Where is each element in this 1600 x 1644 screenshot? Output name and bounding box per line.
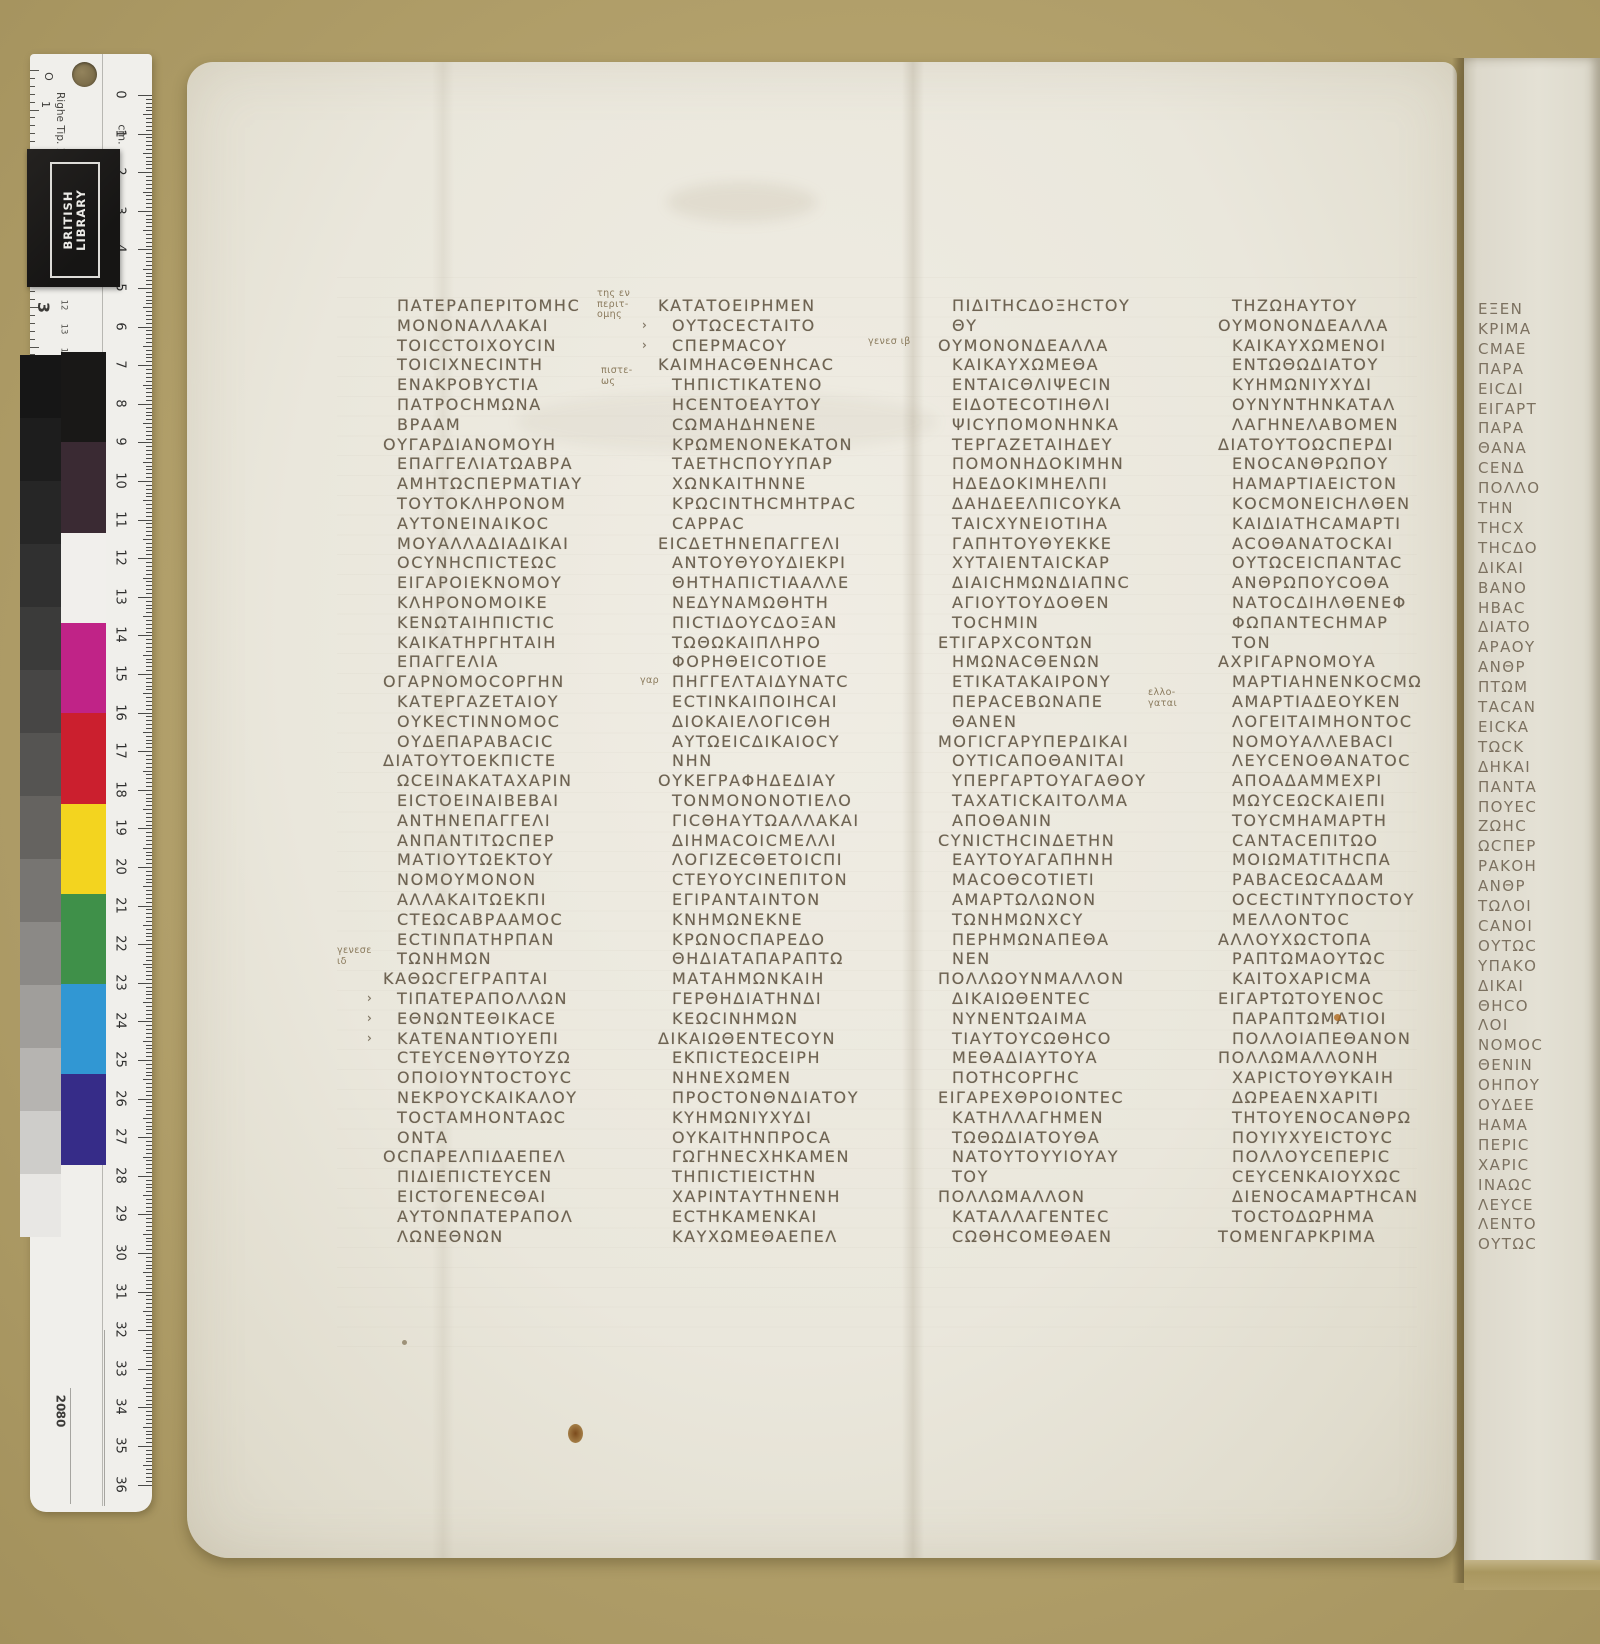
- facing-leaf-line: ΤΗϹΔΟ: [1478, 539, 1538, 559]
- text-line: ΑΝΠΑΝΤΙΤΩϹΠΕΡ: [383, 831, 555, 851]
- text-line: ΚΑΤΑΛΛΑΓΕΝΤΕϹ: [938, 1207, 1110, 1227]
- ruler-tick: [146, 624, 152, 625]
- ruler-tick: [146, 1033, 152, 1034]
- ruler-cm-number: 18: [113, 776, 128, 802]
- facing-leaf-line: ΠΑΡΑ: [1478, 419, 1524, 439]
- ruler-tick: [146, 257, 152, 258]
- ruler-tick: [146, 786, 152, 787]
- ruler-tick: [143, 1350, 152, 1351]
- ruler-tick: [146, 508, 152, 509]
- ruler-tick: [146, 292, 152, 293]
- ruler-tick: [146, 469, 152, 470]
- ruler-tick: [146, 1102, 152, 1103]
- ruler-tick: [146, 1276, 152, 1277]
- grayscale-patch: [20, 1048, 61, 1111]
- ruler-tick: [143, 1311, 152, 1312]
- ruler-tick: [146, 1122, 152, 1123]
- facing-leaf-line: ϹΑΝΟΙ: [1478, 917, 1533, 937]
- facing-leaf-line: ΖΩΗϹ: [1478, 817, 1527, 837]
- text-line: ΠΙΔΙΕΠΙϹΤΕΥϹΕΝ: [383, 1167, 553, 1187]
- ruler-tick: [146, 1211, 152, 1212]
- ruler-tick: [138, 751, 152, 752]
- text-line: ΟΝΤΑ: [383, 1128, 449, 1148]
- text-line: ΑΧΡΙΓΑΡΝΟΜΟΥΑ: [1218, 652, 1376, 672]
- text-line: ΔΙΚΑΙΩΘΕΝΤΕϹ: [938, 989, 1091, 1009]
- text-line: ΜΑΤΙΟΥΤΩΕΚΤΟΥ: [383, 850, 554, 870]
- text-line: ΚΑΥΧΩΜΕΘΑΕΠΕΛ: [658, 1227, 838, 1247]
- text-line: ΑΥΤΟΝΕΙΝΑΙΚΟϹ: [383, 514, 550, 534]
- grayscale-patch: [20, 355, 61, 418]
- ruler-mid-big-number: 3: [34, 302, 53, 313]
- text-line: ΑΝΤΗΝΕΠΑΓΓΕΛΙ: [383, 811, 551, 831]
- ruler-tick: [146, 531, 152, 532]
- tab-border-box: BRITISH LIBRARY: [50, 162, 100, 278]
- text-line: ΔΙΑΤΟΥΤΟΕΚΠΙϹΤΕ: [383, 751, 557, 771]
- ruler-tick: [146, 1052, 152, 1053]
- text-line: ΔΙΑΙϹΗΜΩΝΔΙΑΠΝϹ: [938, 573, 1130, 593]
- ruler-tick: [146, 1361, 152, 1362]
- text-line: ΤΗΠΙϹΤΙΕΙϹΤΗΝ: [658, 1167, 817, 1187]
- ruler-tick: [138, 1099, 152, 1100]
- ruler-tick: [146, 1029, 152, 1030]
- text-line: ΚΡΩϹΙΝΤΗϹΜΗΤΡΑϹ: [658, 494, 857, 514]
- text-line: ΟΓΑΡΝΟΜΟϹΟΡΓΗΝ: [383, 672, 565, 692]
- grayscale-patch: [20, 1111, 61, 1174]
- ruler-tick: [146, 184, 152, 185]
- ruler-tick: [146, 199, 152, 200]
- text-line: ΔΑΗΔΕΕΛΠΙϹΟΥΚΑ: [938, 494, 1122, 514]
- ruler-tick: [146, 1373, 152, 1374]
- text-line: ϹΩΜΑΗΔΗΝΕΝΕ: [658, 415, 817, 435]
- ruler-tick: [146, 1095, 152, 1096]
- ruler-tick: [146, 697, 152, 698]
- grayscale-patch: [20, 1174, 61, 1237]
- ruler-tick: [146, 350, 152, 351]
- ruler-tick: [143, 230, 152, 231]
- text-line: ΕϹΤΙΝΠΑΤΗΡΠΑΝ: [383, 930, 555, 950]
- ruler-tick: [146, 99, 152, 100]
- ruler-tick: [146, 1454, 152, 1455]
- ruler-tick: [146, 1450, 152, 1451]
- text-line: ΥΠΕΡΓΑΡΤΟΥΑΓΑΘΟΥ: [938, 771, 1147, 791]
- ruler-tick: [146, 554, 152, 555]
- ruler-tick: [146, 844, 152, 845]
- ruler-bottom-number: 80: [53, 1411, 67, 1428]
- text-line: ΧΑΡΙϹΤΟΥΘΥΚΑΙΗ: [1218, 1068, 1395, 1088]
- ruler-tick: [146, 639, 152, 640]
- ruler-tick: [146, 879, 152, 880]
- ruler-tick: [146, 782, 152, 783]
- ruler-tick: [138, 520, 152, 521]
- ruler-tick: [143, 578, 152, 579]
- ruler-tick: [143, 848, 152, 849]
- ruler-tick: [146, 1419, 152, 1420]
- text-line: ΟΥΜΟΝΟΝΔΕΑΛΛΑ: [1218, 316, 1389, 336]
- ruler-cm-number: 9: [113, 429, 128, 455]
- ruler-bottom-number: 20: [53, 1395, 67, 1412]
- text-line: ΠΟΛΛΟΙΑΠΕΘΑΝΟΝ: [1218, 1029, 1411, 1049]
- ruler-tick: [138, 1485, 152, 1486]
- ruler-left-number: 1: [39, 101, 52, 108]
- text-line: ΤΕΡΓΑΖΕΤΑΙΗΔΕΥ: [938, 435, 1113, 455]
- text-line: ΜΕΘΑΔΙΑΥΤΟΥΑ: [938, 1048, 1098, 1068]
- text-line: ΠΕΡΑϹΕΒΩΝΑΠΕ: [938, 692, 1103, 712]
- ruler-tick: [146, 948, 152, 949]
- text-line: ΟΥΚΕϹΤΙΝΝΟΜΟϹ: [383, 712, 561, 732]
- ruler-tick: [146, 504, 152, 505]
- text-line: ΕΝΑΚΡΟΒΥϹΤΙΑ: [383, 375, 539, 395]
- ruler-tick: [146, 902, 152, 903]
- text-line: ΕϹΤΙΝΚΑΙΠΟΙΗϹΑΙ: [658, 692, 838, 712]
- ruler-tick: [146, 276, 152, 277]
- text-line: ΝΕΔΥΝΑΜΩΘΗΤΗ: [658, 593, 829, 613]
- ruler-tick: [146, 917, 152, 918]
- text-line: ΤΟΜΕΝΓΑΡΚΡΙΜΑ: [1218, 1227, 1376, 1247]
- ruler-tick: [146, 1226, 152, 1227]
- text-line: ΕΙΓΑΡΤΩΤΟΥΕΝΟϹ: [1218, 989, 1385, 1009]
- text-line: ΚΥΗΜΩΝΙΥΧΥΔΙ: [658, 1108, 812, 1128]
- ruler-cm-number: 17: [113, 738, 128, 764]
- text-line: ΝΗΝΕΧΩΜΕΝ: [658, 1068, 792, 1088]
- text-line: ΕϹΤΗΚΑΜΕΝΚΑΙ: [658, 1207, 818, 1227]
- ruler-cm-number: 34: [113, 1394, 128, 1420]
- ruler-tick: [138, 327, 152, 328]
- text-line: ΕΙΓΑΡΕΧΘΡΟΙΟΝΤΕϹ: [938, 1088, 1124, 1108]
- diple-mark: ›: [367, 989, 373, 1009]
- ruler-tick: [146, 1172, 152, 1173]
- grayscale-patch: [20, 670, 61, 733]
- ruler-tick: [146, 1423, 152, 1424]
- ruler-tick: [143, 1079, 152, 1080]
- ruler-tick: [143, 655, 152, 656]
- ruler-tick: [146, 1477, 152, 1478]
- ruler-tick: [143, 732, 152, 733]
- ruler-tick: [146, 1322, 152, 1323]
- text-line: ΤΟΝΜΟΝΟΝΟΤΙΕΛΟ: [658, 791, 852, 811]
- text-line: ϹΥΝΙϹΤΗϹΙΝΔΕΤΗΝ: [938, 831, 1115, 851]
- ruler-tick: [146, 894, 152, 895]
- ruler-tick: [146, 1415, 152, 1416]
- ruler-tick: [138, 635, 152, 636]
- ruler-tick: [138, 1060, 152, 1061]
- text-line: ΠΑΡΑΠΤΩΜΑΤΙΟΙ: [1218, 1009, 1387, 1029]
- ruler-tick: [146, 1110, 152, 1111]
- ruler-tick: [146, 323, 152, 324]
- ruler-tick: [146, 110, 152, 111]
- ruler-tick: [146, 319, 152, 320]
- facing-leaf-line: ΡΑΚΟΗ: [1478, 857, 1537, 877]
- text-line: ΟΥΤΙϹΑΠΟΘΑΝΙΤΑΙ: [938, 751, 1125, 771]
- ruler-tick: [143, 1157, 152, 1158]
- ruler-tick: [138, 790, 152, 791]
- ruler-unit-label: cm.: [116, 124, 129, 144]
- ruler-tick: [146, 940, 152, 941]
- ruler-left-scale-label: Righe Tip. 1: [54, 92, 66, 154]
- ruler-tick: [146, 176, 152, 177]
- facing-leaf-line: ΘΑΝΑ: [1478, 439, 1527, 459]
- text-line: ΜΟΓΙϹΓΑΡΥΠΕΡΔΙΚΑΙ: [938, 732, 1129, 752]
- text-line: ΜΟΙΩΜΑΤΙΤΗϹΠΑ: [1218, 850, 1391, 870]
- ruler-tick: [146, 936, 152, 937]
- color-patch: [61, 623, 106, 714]
- ruler-tick: [143, 1388, 152, 1389]
- ruler-tick: [143, 1118, 152, 1119]
- diple-mark: ›: [367, 1009, 373, 1029]
- ruler-tick: [146, 612, 152, 613]
- text-line: ΕΝΤΑΙϹΘΛΙΨΕϹΙΝ: [938, 375, 1112, 395]
- ruler-tick: [146, 1048, 152, 1049]
- ruler-tick: [146, 836, 152, 837]
- text-line: ΗΜΩΝΑϹΘΕΝΩΝ: [938, 652, 1101, 672]
- ruler-tick: [146, 1149, 152, 1150]
- text-line: ΔΙΗΜΑϹΟΙϹΜΕΛΛΙ: [658, 831, 837, 851]
- ruler-tick: [146, 975, 152, 976]
- ruler-tick: [146, 527, 152, 528]
- text-line: ΠΟΜΟΝΗΔΟΚΙΜΗΝ: [938, 454, 1124, 474]
- text-line: ΛΟΓΕΙΤΑΙΜΗΟΝΤΟϹ: [1218, 712, 1413, 732]
- ruler-cm-number: 0: [113, 82, 128, 108]
- text-line: ΚΛΗΡΟΝΟΜΟΙΚΕ: [383, 593, 548, 613]
- ruler-tick: [146, 1064, 152, 1065]
- ruler-tick: [146, 859, 152, 860]
- text-line: ΕΓΙΡΑΝΤΑΙΝΤΟΝ: [658, 890, 821, 910]
- ruler-tick: [146, 855, 152, 856]
- ruler-left-tick: [30, 331, 35, 332]
- text-line: ΦΩΠΑΝΤΕϹΗΜΑΡ: [1218, 613, 1388, 633]
- ruler-cm-number: 7: [113, 352, 128, 378]
- text-line: ϹΤΕΩϹΑΒΡΑΑΜΟϹ: [383, 910, 563, 930]
- text-line: ΨΙϹΥΠΟΜΟΝΗΝΚΑ: [938, 415, 1120, 435]
- text-line: ΠΕΡΗΜΩΝΑΠΕΘΑ: [938, 930, 1110, 950]
- text-line: ΤΩΘΩΔΙΑΤΟΥΘΑ: [938, 1128, 1100, 1148]
- ruler-tick: [146, 805, 152, 806]
- ruler-cm-number: 33: [113, 1355, 128, 1381]
- ruler-tick: [146, 512, 152, 513]
- facing-leaf-line: ΑΝΘΡ: [1478, 658, 1526, 678]
- ruler-tick: [146, 1106, 152, 1107]
- facing-leaf-line: ΛΟΙ: [1478, 1016, 1509, 1036]
- ruler-tick: [146, 1268, 152, 1269]
- ruler-tick: [146, 1241, 152, 1242]
- ruler-cm-number: 36: [113, 1471, 128, 1497]
- text-line: ΚΑΙΜΗΑϹΘΕΝΗϹΑϹ: [658, 355, 835, 375]
- ruler-tick: [143, 114, 152, 115]
- ruler-tick: [138, 1021, 152, 1022]
- text-line: ΜΑΤΑΗΜΩΝΚΑΙΗ: [658, 969, 825, 989]
- ruler-tick: [146, 103, 152, 104]
- ruler-tick: [146, 863, 152, 864]
- ruler-tick: [138, 906, 152, 907]
- ruler-tick: [146, 1377, 152, 1378]
- text-line: ΑΜΑΡΤΙΑΔΕΟΥΚΕΝ: [1218, 692, 1401, 712]
- text-line: ΚΑΤΗΛΛΑΓΗΜΕΝ: [938, 1108, 1104, 1128]
- ruler-tick: [146, 921, 152, 922]
- ruler-tick: [146, 774, 152, 775]
- ruler-tick: [146, 979, 152, 980]
- ruler-tick: [143, 1427, 152, 1428]
- ruler-tick: [146, 909, 152, 910]
- ruler-tick: [146, 670, 152, 671]
- ruler-tick: [146, 1481, 152, 1482]
- ruler-tick: [146, 149, 152, 150]
- ruler-tick: [146, 122, 152, 123]
- ruler-cm-number: 22: [113, 931, 128, 957]
- text-line: ΠΟΛΛΩΜΑΛΛΟΝΗ: [1218, 1048, 1379, 1068]
- text-line: ΓΕΡΘΗΔΙΑΤΗΝΔΙ: [658, 989, 822, 1009]
- facing-leaf-line: ΤΩΛΟΙ: [1478, 897, 1532, 917]
- ruler-tick: [146, 303, 152, 304]
- ruler-tick: [146, 1334, 152, 1335]
- ruler-left-tick: [30, 102, 35, 103]
- ruler-tick: [146, 1357, 152, 1358]
- ruler-tick: [146, 207, 152, 208]
- ruler-left-tick: [30, 133, 35, 134]
- ruler-tick: [146, 1284, 152, 1285]
- facing-leaf-line: ΙΝΑΩϹ: [1478, 1176, 1533, 1196]
- text-line: ΑΠΟΑΔΑΜΜΕΧΡΙ: [1218, 771, 1383, 791]
- ruler-tick: [146, 720, 152, 721]
- ruler-tick: [146, 342, 152, 343]
- ruler-tick: [138, 172, 152, 173]
- ruler-tick: [146, 137, 152, 138]
- ruler-tick: [146, 381, 152, 382]
- ruler-tick: [146, 1218, 152, 1219]
- ruler-tick: [146, 1396, 152, 1397]
- ruler-left-tick: [30, 299, 35, 300]
- ruler-tick: [146, 763, 152, 764]
- text-line: ΜΕΛΛΟΝΤΟϹ: [1218, 910, 1350, 930]
- ruler-tick: [146, 473, 152, 474]
- ruler-tick: [146, 412, 152, 413]
- color-patch: [61, 894, 106, 985]
- ruler-tick: [146, 1288, 152, 1289]
- ruler-tick: [146, 1068, 152, 1069]
- ruler-tick: [146, 1045, 152, 1046]
- text-line: ΑΜΑΡΤΩΛΩΝΟΝ: [938, 890, 1097, 910]
- ruler-tick: [146, 1280, 152, 1281]
- text-line: ΑΝΘΡΩΠΟΥϹΟΘΑ: [1218, 573, 1390, 593]
- ruler-tick: [146, 913, 152, 914]
- text-line: ΑΛΛΑΚΑΙΤΩΕΚΠΙ: [383, 890, 547, 910]
- ruler-tick: [146, 701, 152, 702]
- ruler-tick: [146, 1230, 152, 1231]
- ruler-tick: [146, 1400, 152, 1401]
- ruler-tick: [146, 550, 152, 551]
- grayscale-patch: [20, 985, 61, 1048]
- ruler-tick: [146, 743, 152, 744]
- ruler-tick: [146, 817, 152, 818]
- ruler-tick: [146, 415, 152, 416]
- ruler-tick: [146, 620, 152, 621]
- tab-label-line2: LIBRARY: [74, 189, 88, 251]
- ruler-tick: [146, 689, 152, 690]
- ruler-tick: [146, 1006, 152, 1007]
- text-line: ΔΙΟΚΑΙΕΛΟΓΙϹΘΗ: [658, 712, 832, 732]
- ruler-tick: [146, 852, 152, 853]
- ruler-tick: [146, 454, 152, 455]
- color-patch: [61, 1074, 106, 1165]
- ruler-tick: [138, 944, 152, 945]
- ruler-tick: [146, 195, 152, 196]
- text-line: ΚΡΩΝΟϹΠΑΡΕΔΟ: [658, 930, 826, 950]
- margin-note: γενεσ ιβ: [868, 337, 911, 348]
- text-line: ΚΑΤΕΡΓΑΖΕΤΑΙΟΥ: [383, 692, 559, 712]
- ruler-tick: [146, 798, 152, 799]
- ruler-tick: [146, 361, 152, 362]
- ruler-cm-number: 31: [113, 1278, 128, 1304]
- ruler-tick: [146, 1037, 152, 1038]
- ruler-tick: [146, 933, 152, 934]
- ruler-lower-line: [104, 1330, 105, 1506]
- text-line: ϹΕΥϹΕΝΚΑΙΟΥΧΩϹ: [1218, 1167, 1402, 1187]
- text-line: ΚΑΙΚΑΥΧΩΜΕΝΟΙ: [1218, 336, 1387, 356]
- ruler-tick: [146, 1168, 152, 1169]
- facing-leaf-line: ΟΥΔΕΕ: [1478, 1096, 1535, 1116]
- text-line: ΗΔΕΔΟΚΙΜΗΕΛΠΙ: [938, 474, 1108, 494]
- ruler-tick: [138, 713, 152, 714]
- ruler-tick: [146, 998, 152, 999]
- ruler-tick: [146, 273, 152, 274]
- ruler-tick: [146, 960, 152, 961]
- ruler-tick: [146, 222, 152, 223]
- ruler-tick: [146, 1431, 152, 1432]
- ruler-tick: [146, 330, 152, 331]
- ruler-tick: [146, 589, 152, 590]
- ruler-cm-number: 35: [113, 1433, 128, 1459]
- british-library-tab: BRITISH LIBRARY: [27, 149, 120, 287]
- ruler-tick: [146, 1434, 152, 1435]
- text-line: ΤΑΙϹΧΥΝΕΙΟΤΙΗΑ: [938, 514, 1109, 534]
- text-line: ΛΩΝΕΘΝΩΝ: [383, 1227, 504, 1247]
- ruler-tick: [146, 261, 152, 262]
- ruler-tick: [146, 678, 152, 679]
- text-line: ΚΕΩϹΙΝΗΜΩΝ: [658, 1009, 799, 1029]
- ruler-tick: [146, 890, 152, 891]
- ruler-cm-number: 24: [113, 1008, 128, 1034]
- ruler-tick: [146, 1265, 152, 1266]
- ruler-tick: [146, 215, 152, 216]
- ruler-tick: [146, 126, 152, 127]
- grayscale-patch: [20, 544, 61, 607]
- text-line: ΑΛΛΟΥΧΩϹΤΟΠΑ: [1218, 930, 1372, 950]
- text-line: ΠΟΛΛΩΟΥΝΜΑΛΛΟΝ: [938, 969, 1125, 989]
- ruler-left-tick: [30, 94, 35, 95]
- ruler-tick: [146, 300, 152, 301]
- ruler-left-tick: [30, 70, 39, 71]
- ruler-tick: [138, 867, 152, 868]
- ruler-tick: [146, 219, 152, 220]
- grayscale-patch: [20, 418, 61, 481]
- ruler-tick: [146, 1295, 152, 1296]
- text-line: ΤΗΖΩΗΑΥΤΟΥ: [1218, 296, 1358, 316]
- ruler-tick: [146, 813, 152, 814]
- ruler-cm-number: 28: [113, 1162, 128, 1188]
- color-patch: [61, 442, 106, 533]
- text-line: ΘΥ: [938, 316, 978, 336]
- text-line: ΟΠΟΙΟΥΝΤΟϹΤΟΥϹ: [383, 1068, 573, 1088]
- text-line: ΕΙΔΟΤΕϹΟΤΙΗΘΛΙ: [938, 395, 1111, 415]
- color-patch: [61, 533, 106, 624]
- facing-leaf-line: ΤΑϹΑΝ: [1478, 698, 1536, 718]
- facing-leaf-line: ΛΕΥϹΕ: [1478, 1196, 1534, 1216]
- ruler-tick: [146, 1319, 152, 1320]
- ruler-tick: [146, 234, 152, 235]
- text-line: ϹΑΝΤΑϹΕΠΙΤΩΟ: [1218, 831, 1379, 851]
- ruler-left-tick: [30, 141, 35, 142]
- ruler-left-tick: [30, 339, 35, 340]
- ruler-tick: [146, 585, 152, 586]
- ruler-tick: [146, 466, 152, 467]
